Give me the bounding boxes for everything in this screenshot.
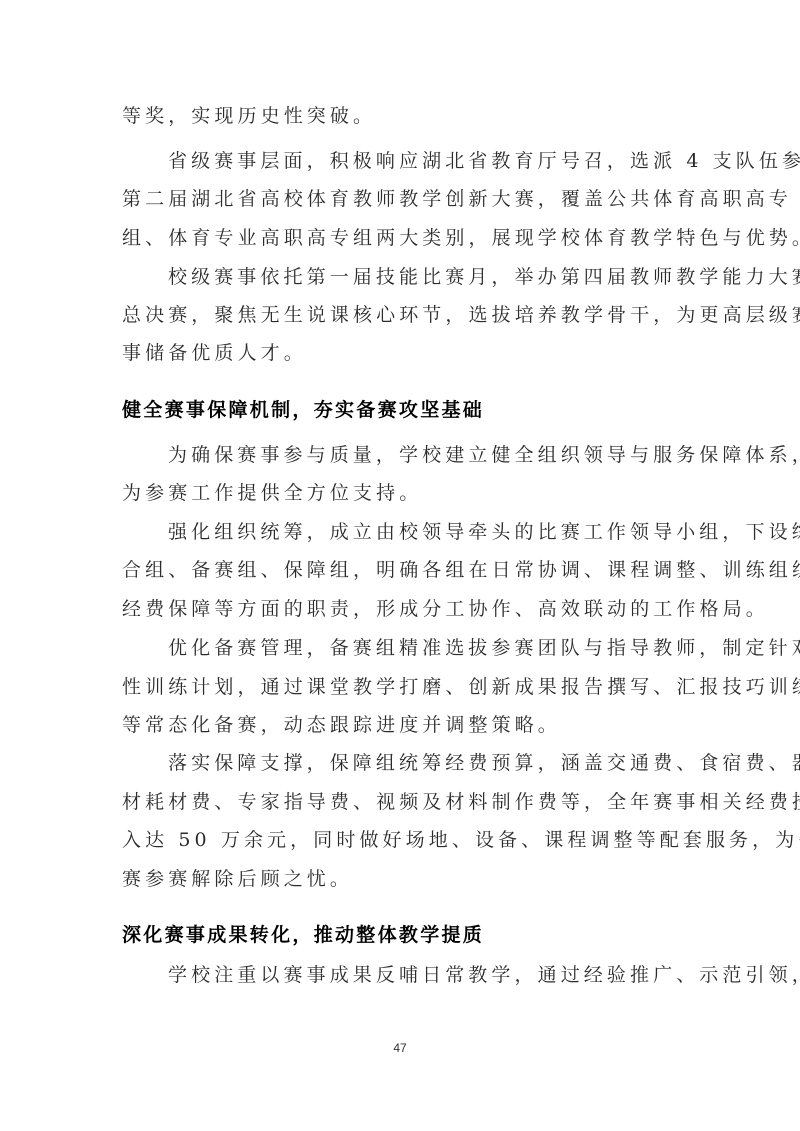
body-line: 第二届湖北省高校体育教师教学创新大赛，覆盖公共体育高职高专 — [122, 180, 792, 218]
body-line: 省级赛事层面，积极响应湖北省教育厅号召，选派 4 支队伍参与 — [168, 142, 800, 180]
body-line: 经费保障等方面的职责，形成分工协作、高效联动的工作格局。 — [122, 590, 769, 628]
body-line: 合组、备赛组、保障组，明确各组在日常协调、课程调整、训练组织、 — [122, 551, 800, 589]
body-line: 落实保障支撑，保障组统筹经费预算，涵盖交通费、食宿费、器 — [168, 744, 800, 782]
body-line: 事储备优质人才。 — [122, 334, 307, 372]
body-line: 校级赛事依托第一届技能比赛月，举办第四届教师教学能力大赛 — [168, 258, 800, 296]
body-line: 等奖，实现历史性突破。 — [122, 97, 376, 135]
page-number: 47 — [0, 1041, 800, 1055]
body-line: 组、体育专业高职高专组两大类别，展现学校体育教学特色与优势。 — [122, 219, 800, 257]
document-page: 等奖，实现历史性突破。 省级赛事层面，积极响应湖北省教育厅号召，选派 4 支队伍… — [0, 0, 800, 1131]
body-line: 总决赛，聚焦无生说课核心环节，选拔培养教学骨干，为更高层级赛 — [122, 296, 800, 334]
section-heading: 深化赛事成果转化，推动整体教学提质 — [122, 916, 484, 954]
body-line: 赛参赛解除后顾之忧。 — [122, 860, 353, 898]
body-line: 为确保赛事参与质量，学校建立健全组织领导与服务保障体系， — [168, 436, 800, 474]
body-line: 学校注重以赛事成果反哺日常教学，通过经验推广、示范引领， — [168, 956, 800, 994]
section-heading: 健全赛事保障机制，夯实备赛攻坚基础 — [122, 391, 484, 429]
body-line: 入达 50 万余元，同时做好场地、设备、课程调整等配套服务，为备 — [122, 821, 800, 859]
body-line: 等常态化备赛，动态跟踪进度并调整策略。 — [122, 706, 561, 744]
body-line: 性训练计划，通过课堂教学打磨、创新成果报告撰写、汇报技巧训练 — [122, 668, 800, 706]
body-line: 为参赛工作提供全方位支持。 — [122, 474, 422, 512]
body-line: 强化组织统筹，成立由校领导牵头的比赛工作领导小组，下设综 — [168, 513, 800, 551]
body-line: 材耗材费、专家指导费、视频及材料制作费等，全年赛事相关经费投 — [122, 783, 800, 821]
body-line: 优化备赛管理，备赛组精准选拔参赛团队与指导教师，制定针对 — [168, 629, 800, 667]
